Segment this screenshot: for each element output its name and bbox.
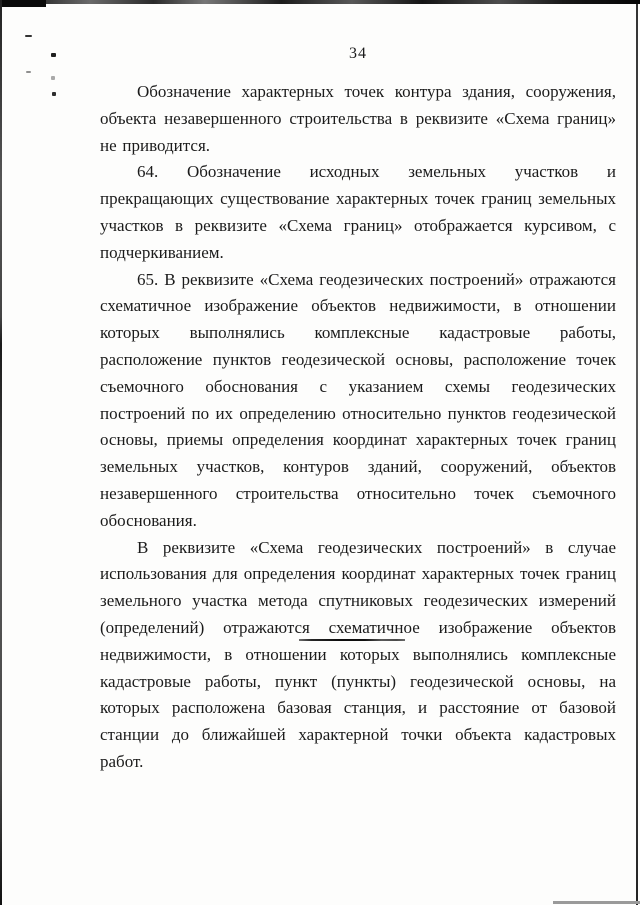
scan-speck xyxy=(51,76,55,80)
scan-artifact-right-edge xyxy=(636,4,638,905)
paragraph-65-continued: В реквизите «Схема геодезических построе… xyxy=(100,535,616,776)
scan-speck xyxy=(26,71,31,73)
scan-artifact-bottom-right-line xyxy=(553,901,640,904)
scan-speck xyxy=(51,53,56,57)
document-page: 34 Обозначение характерных точек контура… xyxy=(0,0,640,905)
scan-artifact-top-left-blob xyxy=(0,0,46,7)
scan-artifact-top-edge xyxy=(0,0,640,4)
paragraph-intro: Обозначение характерных точек контура зд… xyxy=(100,79,616,159)
scan-speck xyxy=(52,92,56,96)
scan-speck xyxy=(25,35,32,37)
paragraph-64: 64. Обозначение исходных земельных участ… xyxy=(100,159,616,266)
document-body: Обозначение характерных точек контура зд… xyxy=(100,79,616,776)
section-divider-line xyxy=(299,639,405,641)
scan-artifact-left-edge xyxy=(0,0,2,905)
page-number: 34 xyxy=(100,45,616,63)
paragraph-65: 65. В реквизите «Схема геодезических пос… xyxy=(100,267,616,535)
